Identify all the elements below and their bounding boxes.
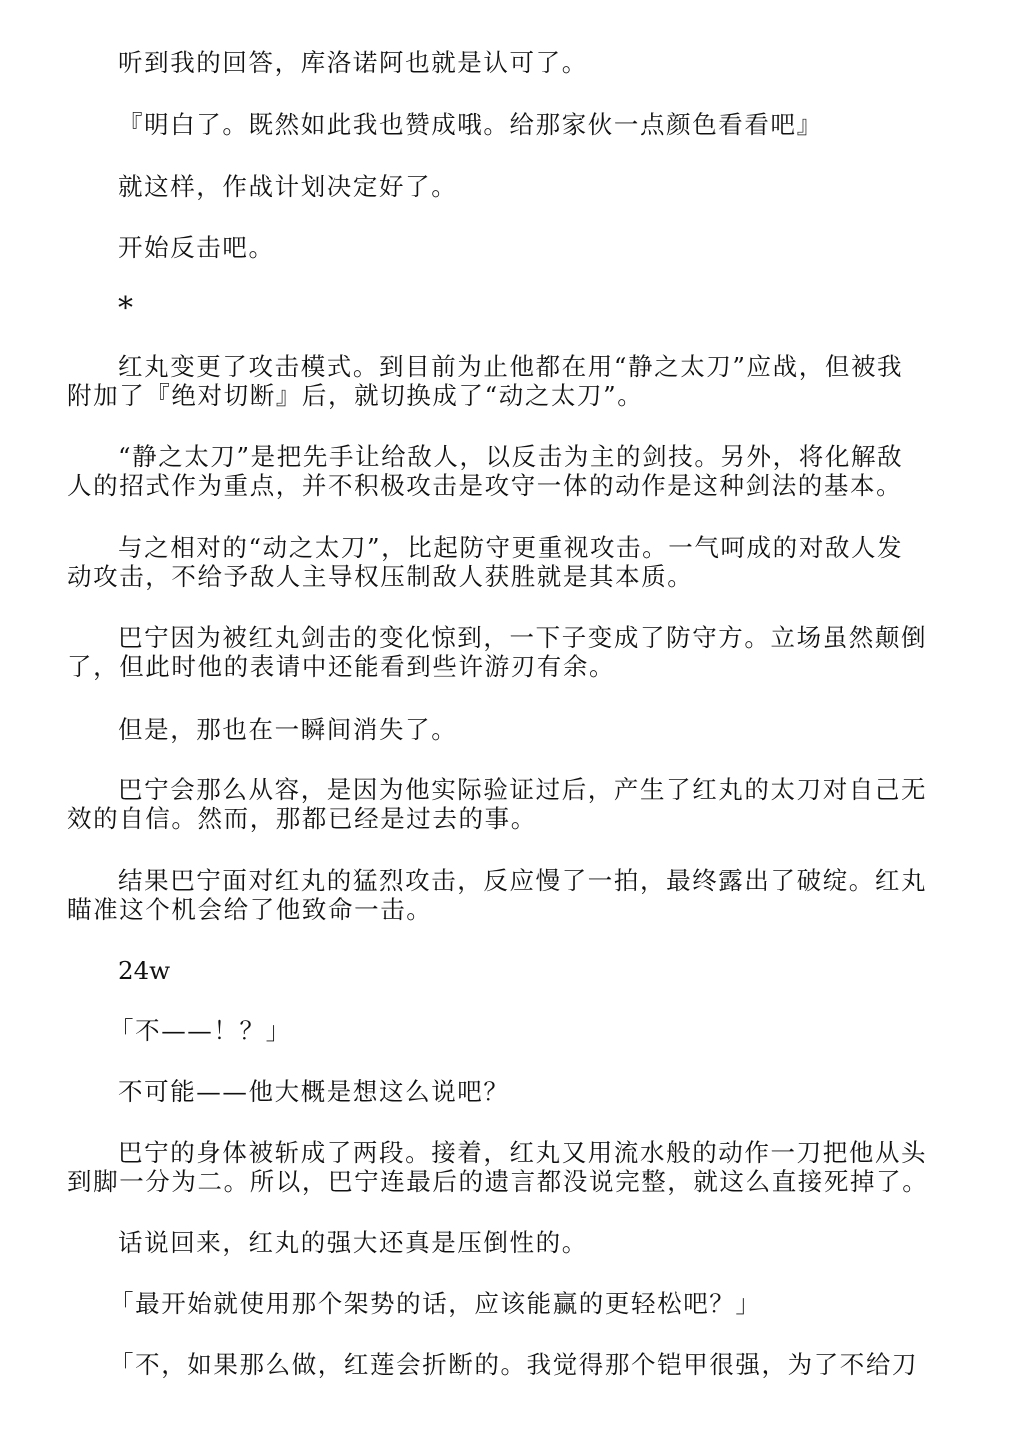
dialogue-line: 「不——！？」 bbox=[67, 1016, 929, 1045]
paragraph: 红丸变更了攻击模式。到目前为止他都在用“静之太刀”应战，但被我附加了『绝对切断』… bbox=[67, 352, 929, 410]
paragraph: “静之太刀”是把先手让给敌人，以反击为主的剑技。另外，将化解敌人的招式作为重点，… bbox=[67, 442, 929, 500]
paragraph: 巴宁因为被红丸剑击的变化惊到，一下子变成了防守方。立场虽然颠倒了，但此时他的表请… bbox=[67, 623, 929, 681]
section-divider-asterisk: * bbox=[67, 294, 929, 323]
paragraph: 『明白了。既然如此我也赞成哦。给那家伙一点颜色看看吧』 bbox=[67, 110, 929, 139]
dialogue-line: 「不，如果那么做，红莲会折断的。我觉得那个铠甲很强，为了不给刀 bbox=[67, 1350, 929, 1379]
paragraph: 但是，那也在一瞬间消失了。 bbox=[67, 715, 929, 744]
page-marker: 24w bbox=[67, 956, 929, 985]
paragraph: 结果巴宁面对红丸的猛烈攻击，反应慢了一拍，最终露出了破绽。红丸瞄准这个机会给了他… bbox=[67, 866, 929, 924]
paragraph: 就这样，作战计划决定好了。 bbox=[67, 172, 929, 201]
paragraph: 不可能——他大概是想这么说吧？ bbox=[67, 1077, 929, 1106]
paragraph: 话说回来，红丸的强大还真是压倒性的。 bbox=[67, 1228, 929, 1257]
paragraph: 巴宁会那么从容，是因为他实际验证过后，产生了红丸的太刀对自己无效的自信。然而，那… bbox=[67, 775, 929, 833]
paragraph: 开始反击吧。 bbox=[67, 233, 929, 262]
paragraph: 听到我的回答，库洛诺阿也就是认可了。 bbox=[67, 48, 929, 77]
dialogue-line: 「最开始就使用那个架势的话，应该能赢的更轻松吧？」 bbox=[67, 1289, 929, 1318]
paragraph: 巴宁的身体被斩成了两段。接着，红丸又用流水般的动作一刀把他从头到脚一分为二。所以… bbox=[67, 1138, 929, 1196]
paragraph: 与之相对的“动之太刀”，比起防守更重视攻击。一气呵成的对敌人发动攻击，不给予敌人… bbox=[67, 533, 929, 591]
